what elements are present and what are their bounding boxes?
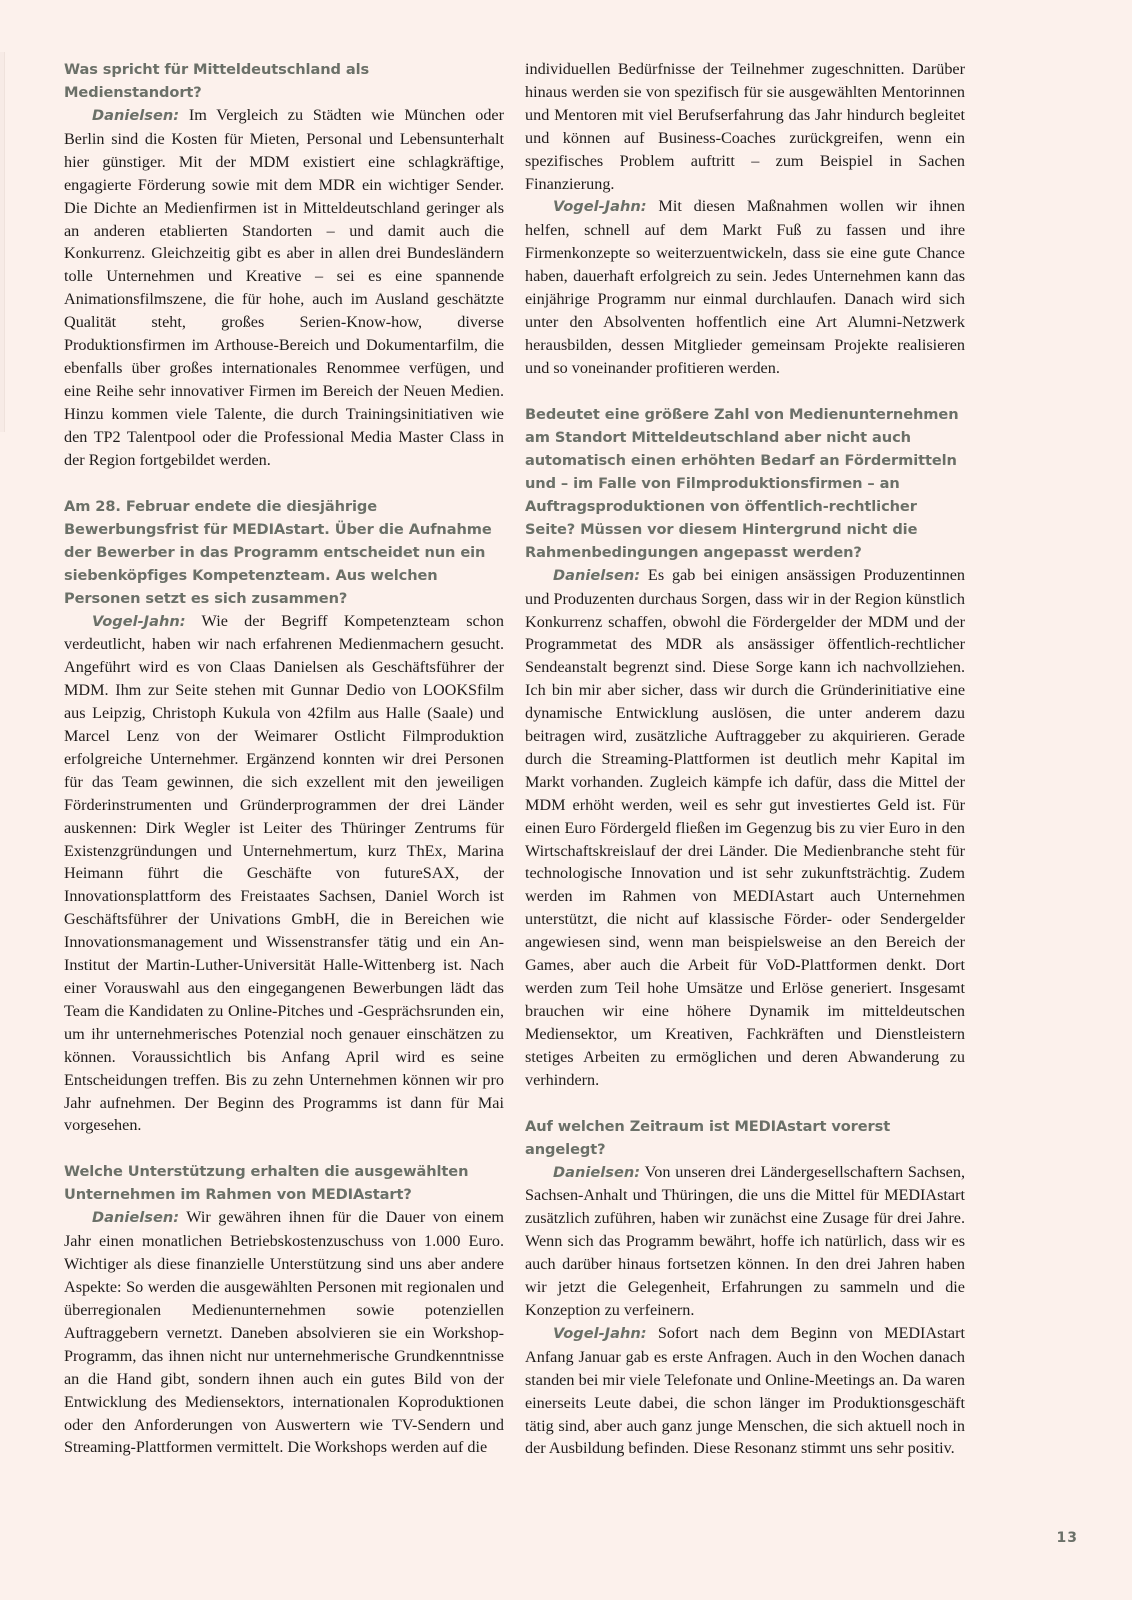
right-column: individuellen Bedürfnisse der Teilnehmer…	[525, 58, 965, 1460]
qa-block-foerdermittel: Bedeutet eine größere Zahl von Medienunt…	[525, 403, 965, 1092]
question-heading: Welche Unterstützung erhalten die ausgew…	[64, 1160, 504, 1206]
speaker-label: Danielsen:	[553, 567, 640, 584]
answer-paragraph: Vogel-Jahn: Sofort nach dem Beginn von M…	[525, 1322, 965, 1460]
question-heading: Was spricht für Mitteldeutschland als Me…	[64, 58, 504, 104]
answer-text: Wir gewähren ihnen für die Dauer von ein…	[64, 1208, 504, 1456]
answer-paragraph: Vogel-Jahn: Wie der Begriff Kompetenztea…	[64, 610, 504, 1138]
answer-text: Von unseren drei Ländergesellschaftern S…	[525, 1163, 965, 1319]
answer-text: Mit diesen Maßnahmen wollen wir ihnen he…	[525, 197, 965, 376]
answer-text: Es gab bei einigen ansässigen Produzenti…	[525, 566, 965, 1089]
page-number: 13	[1057, 1530, 1078, 1546]
question-heading: Auf welchen Zeitraum ist MEDIAstart vore…	[525, 1115, 965, 1161]
answer-paragraph: Vogel-Jahn: Mit diesen Maßnahmen wollen …	[525, 195, 965, 379]
speaker-label: Danielsen:	[92, 107, 179, 124]
answer-paragraph: Danielsen: Von unseren drei Ländergesell…	[525, 1161, 965, 1322]
left-column: Was spricht für Mitteldeutschland als Me…	[64, 58, 504, 1459]
answer-text: Im Vergleich zu Städten wie München oder…	[64, 106, 504, 469]
speaker-label: Vogel-Jahn:	[553, 1325, 647, 1342]
answer-paragraph: Danielsen: Es gab bei einigen ansässigen…	[525, 564, 965, 1092]
page-edge-strip	[0, 52, 5, 432]
speaker-label: Danielsen:	[92, 1209, 179, 1226]
qa-block-unterstuetzung: Welche Unterstützung erhalten die ausgew…	[64, 1160, 504, 1459]
answer-text: Sofort nach dem Beginn von MEDIAstart An…	[525, 1324, 965, 1458]
answer-paragraph: Danielsen: Im Vergleich zu Städten wie M…	[64, 104, 504, 472]
qa-block-kompetenzteam: Am 28. Februar endete die diesjährige Be…	[64, 495, 504, 1138]
answer-paragraph: Danielsen: Wir gewähren ihnen für die Da…	[64, 1206, 504, 1459]
qa-block-medienstandort: Was spricht für Mitteldeutschland als Me…	[64, 58, 504, 472]
continued-paragraph: individuellen Bedürfnisse der Teilnehmer…	[525, 58, 965, 195]
answer-text: Wie der Begriff Kompetenzteam schon verd…	[64, 612, 504, 1135]
speaker-label: Danielsen:	[553, 1164, 640, 1181]
qa-block-zeitraum: Auf welchen Zeitraum ist MEDIAstart vore…	[525, 1115, 965, 1461]
speaker-label: Vogel-Jahn:	[92, 613, 186, 630]
question-heading: Am 28. Februar endete die diesjährige Be…	[64, 495, 504, 610]
speaker-label: Vogel-Jahn:	[553, 198, 647, 215]
question-heading: Bedeutet eine größere Zahl von Medienunt…	[525, 403, 965, 564]
